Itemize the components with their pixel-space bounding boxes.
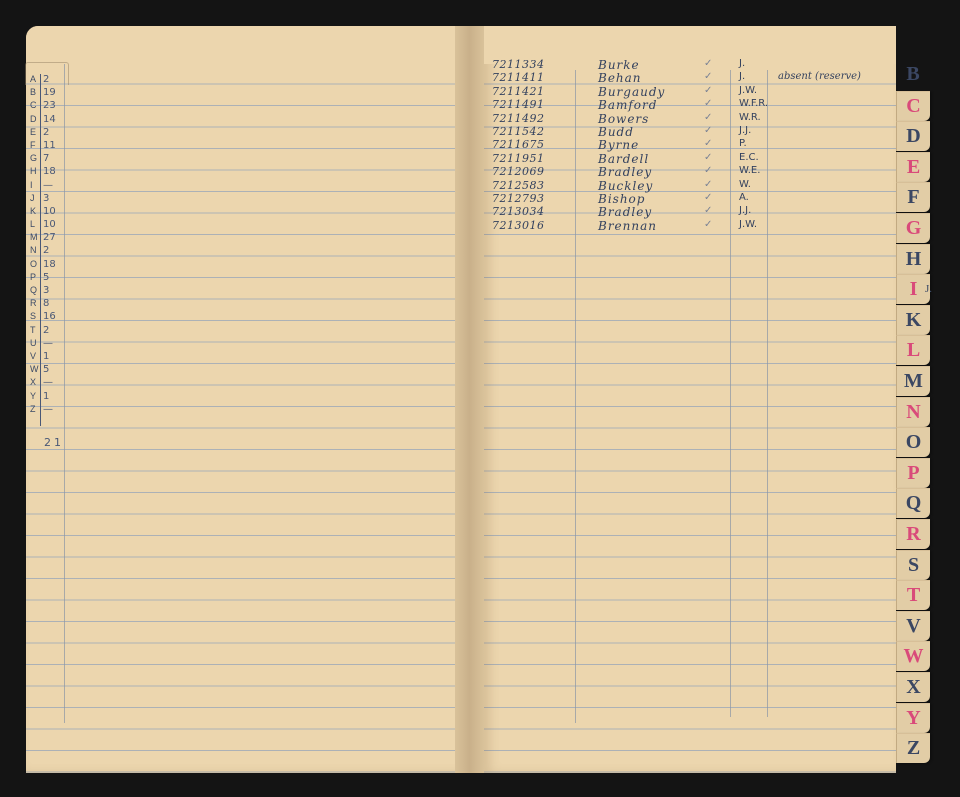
index-tab-letter: V xyxy=(906,612,920,640)
tally-count: — xyxy=(43,179,53,192)
index-tab-letter: Y xyxy=(906,704,920,732)
tally-row: V1 xyxy=(26,350,70,363)
service-number: 7211421 xyxy=(492,85,545,98)
roll-entry: 7212069Bradley✓W.E. xyxy=(484,165,896,178)
surname: Budd xyxy=(598,125,634,139)
tally-letter: T xyxy=(30,324,36,337)
roll-entry: 7211491Bamford✓W.F.R. xyxy=(484,98,896,111)
index-tab-letter: K xyxy=(906,306,922,334)
index-tab-o[interactable]: O xyxy=(896,427,930,457)
tally-letter: J xyxy=(30,192,35,205)
tally-letter: F xyxy=(30,139,36,152)
index-tab-letter: D xyxy=(906,122,920,150)
index-tab-letter: G xyxy=(906,214,922,242)
tally-count: 7 xyxy=(43,152,49,165)
surname: Bamford xyxy=(598,98,657,112)
check-mark-icon: ✓ xyxy=(704,85,712,96)
tally-count: 8 xyxy=(43,297,49,310)
tally-row: N2 xyxy=(26,244,70,257)
tally-letter: V xyxy=(30,350,36,363)
tally-count: 18 xyxy=(43,165,56,178)
tally-letter: R xyxy=(30,297,37,310)
initials: J.W. xyxy=(739,219,757,230)
initials: J.W. xyxy=(739,85,757,96)
index-tab-letter: W xyxy=(904,642,924,670)
index-tab-letter: H xyxy=(906,245,922,273)
check-mark-icon: ✓ xyxy=(704,138,712,149)
tally-row: A2 xyxy=(26,73,70,86)
tally-letter: W xyxy=(30,363,39,376)
index-tab-letter: N xyxy=(906,398,920,426)
index-tab-n[interactable]: N xyxy=(896,397,930,427)
surname: Byrne xyxy=(598,138,639,152)
tally-count: 18 xyxy=(43,258,56,271)
index-tab-d[interactable]: D xyxy=(896,121,930,151)
tally-letter: O xyxy=(30,258,37,271)
check-mark-icon: ✓ xyxy=(704,71,712,82)
index-tab-w[interactable]: W xyxy=(896,641,930,671)
surname: Burke xyxy=(598,58,640,72)
initials: W.F.R. xyxy=(739,98,768,109)
index-tab-letter: X xyxy=(906,673,920,701)
tally-row: G7 xyxy=(26,152,70,165)
tally-row: J3 xyxy=(26,192,70,205)
tally-count: 19 xyxy=(43,86,56,99)
index-tab-v[interactable]: V xyxy=(896,611,930,641)
service-number: 7213034 xyxy=(492,205,545,218)
index-tab-c[interactable]: C xyxy=(896,91,930,121)
service-number: 7212583 xyxy=(492,179,545,192)
service-number: 7211951 xyxy=(492,152,545,165)
service-number: 7211675 xyxy=(492,138,545,151)
tally-row: R8 xyxy=(26,297,70,310)
tally-row: E2 xyxy=(26,126,70,139)
service-number: 7211411 xyxy=(492,71,545,84)
tally-count: 11 xyxy=(43,139,56,152)
surname: Bowers xyxy=(598,112,649,126)
left-page: A2B19C23D14E2F11G7H18I—J3K10L10M27N2O18P… xyxy=(26,26,478,773)
tally-letter: N xyxy=(30,244,37,257)
tally-letter: D xyxy=(30,113,37,126)
service-number: 7212069 xyxy=(492,165,545,178)
tally-count: 14 xyxy=(43,113,56,126)
tally-count: 16 xyxy=(43,310,56,323)
tally-row: S16 xyxy=(26,310,70,323)
tally-count: — xyxy=(43,376,53,389)
tally-row: U— xyxy=(26,337,70,350)
right-page: 7211334Burke✓J.7211411Behan✓J.absent (re… xyxy=(484,26,896,773)
tally-total: 21 xyxy=(44,436,64,449)
check-mark-icon: ✓ xyxy=(704,112,712,123)
check-mark-icon: ✓ xyxy=(704,152,712,163)
tally-row: L10 xyxy=(26,218,70,231)
index-tab-m[interactable]: M xyxy=(896,366,930,396)
index-tab-letter: Q xyxy=(906,489,922,517)
check-mark-icon: ✓ xyxy=(704,125,712,136)
tally-row: H18 xyxy=(26,165,70,178)
surname: Bardell xyxy=(598,152,649,166)
tally-letter: A xyxy=(30,73,36,86)
roll-entry: 7211411Behan✓J.absent (reserve) xyxy=(484,71,896,84)
tally-letter: Q xyxy=(30,284,37,297)
check-mark-icon: ✓ xyxy=(704,219,712,230)
check-mark-icon: ✓ xyxy=(704,179,712,190)
tally-letter: C xyxy=(30,99,37,112)
tally-count: 2 xyxy=(43,73,49,86)
service-number: 7212793 xyxy=(492,192,545,205)
tally-row: P5 xyxy=(26,271,70,284)
tally-letter: H xyxy=(30,165,37,178)
service-number: 7211492 xyxy=(492,112,545,125)
tally-letter: S xyxy=(30,310,36,323)
check-mark-icon: ✓ xyxy=(704,205,712,216)
index-tab-letter: C xyxy=(906,92,920,120)
index-tab-letter: R xyxy=(906,520,920,548)
roll-entry: 7211334Burke✓J. xyxy=(484,58,896,71)
book-gutter xyxy=(455,26,484,773)
tally-row: D14 xyxy=(26,113,70,126)
tally-count: 23 xyxy=(43,99,56,112)
tally-count: 10 xyxy=(43,205,56,218)
tally-row: I— xyxy=(26,179,70,192)
initials: J.J. xyxy=(739,125,751,136)
index-tab-y[interactable]: Y xyxy=(896,703,930,733)
tally-letter: U xyxy=(30,337,37,350)
initials: A. xyxy=(739,192,749,203)
index-tab-l[interactable]: L xyxy=(896,335,930,365)
surname: Bishop xyxy=(598,192,645,206)
tally-letter: K xyxy=(30,205,36,218)
tally-letter: P xyxy=(30,271,36,284)
surname: Burgaudy xyxy=(598,85,665,99)
roll-entry: 7212583Buckley✓W. xyxy=(484,179,896,192)
index-tab-b[interactable]: B xyxy=(896,60,930,90)
tally-count: 3 xyxy=(43,192,49,205)
tally-row: F11 xyxy=(26,139,70,152)
index-tab-letter: E xyxy=(907,153,920,181)
tally-row: Z— xyxy=(26,403,70,416)
tally-letter: G xyxy=(30,152,37,165)
index-tab-q[interactable]: Q xyxy=(896,488,930,518)
tally-count: — xyxy=(43,403,53,416)
index-tab-letter: Z xyxy=(907,734,920,762)
tally-row: C23 xyxy=(26,99,70,112)
initials: J.J. xyxy=(739,205,751,216)
index-tab-k[interactable]: K xyxy=(896,305,930,335)
alphabet-index-tabs: BCDEFGHIJ.KLMNOPQRSTVWXYZ xyxy=(896,60,932,770)
index-tab-z[interactable]: Z xyxy=(896,733,930,763)
index-tab-letter: I xyxy=(910,275,918,303)
roll-entry: 7211542Budd✓J.J. xyxy=(484,125,896,138)
page-top-margin xyxy=(26,26,478,64)
remark: absent (reserve) xyxy=(778,71,861,82)
index-tab-p[interactable]: P xyxy=(896,458,930,488)
initials: W.E. xyxy=(739,165,760,176)
initials: J. xyxy=(739,71,745,82)
check-mark-icon: ✓ xyxy=(704,58,712,69)
index-tab-letter: S xyxy=(908,551,919,579)
index-tab-annotation: J. xyxy=(925,275,932,303)
service-number: 7211542 xyxy=(492,125,545,138)
tally-letter: X xyxy=(30,376,36,389)
surname: Bradley xyxy=(598,205,652,219)
surname: Buckley xyxy=(598,179,653,193)
tally-row: O18 xyxy=(26,258,70,271)
index-tab-h[interactable]: H xyxy=(896,244,930,274)
initials: J. xyxy=(739,58,745,69)
tally-row: K10 xyxy=(26,205,70,218)
tally-row: Q3 xyxy=(26,284,70,297)
tally-row: X— xyxy=(26,376,70,389)
tally-letter: Z xyxy=(30,403,36,416)
roll-entry: 7212793Bishop✓A. xyxy=(484,192,896,205)
tally-count: 27 xyxy=(43,231,56,244)
tally-letter: Y xyxy=(30,390,36,403)
index-tab-r[interactable]: R xyxy=(896,519,930,549)
index-tab-g[interactable]: G xyxy=(896,213,930,243)
tally-count: 10 xyxy=(43,218,56,231)
tally-count: 2 xyxy=(43,126,49,139)
tally-count: 1 xyxy=(43,350,49,363)
tally-count: 2 xyxy=(43,324,49,337)
tally-row: M27 xyxy=(26,231,70,244)
roll-entry: 7213034Bradley✓J.J. xyxy=(484,205,896,218)
tally-count: 1 xyxy=(43,390,49,403)
tally-letter: I xyxy=(30,179,33,192)
surname: Bradley xyxy=(598,165,652,179)
tally-count: 2 xyxy=(43,244,49,257)
index-tab-t[interactable]: T xyxy=(896,580,930,610)
index-tab-e[interactable]: E xyxy=(896,152,930,182)
index-tab-letter: B xyxy=(906,60,919,88)
roll-entry: 7211421Burgaudy✓J.W. xyxy=(484,85,896,98)
index-tab-letter: F xyxy=(907,183,919,211)
tally-row: B19 xyxy=(26,86,70,99)
initials: W. xyxy=(739,179,751,190)
index-tab-x[interactable]: X xyxy=(896,672,930,702)
index-tab-i[interactable]: IJ. xyxy=(896,274,930,304)
index-tab-f[interactable]: F xyxy=(896,182,930,212)
check-mark-icon: ✓ xyxy=(704,192,712,203)
index-tab-letter: O xyxy=(906,428,922,456)
initials: P. xyxy=(739,138,747,149)
tally-row: Y1 xyxy=(26,390,70,403)
index-tab-letter: M xyxy=(904,367,923,395)
surname: Brennan xyxy=(598,219,657,233)
initials: E.C. xyxy=(739,152,759,163)
check-mark-icon: ✓ xyxy=(704,165,712,176)
index-tab-letter: P xyxy=(907,459,919,487)
letter-tally: A2B19C23D14E2F11G7H18I—J3K10L10M27N2O18P… xyxy=(26,73,70,416)
index-tab-letter: L xyxy=(907,336,920,364)
tally-count: 5 xyxy=(43,271,49,284)
service-number: 7211334 xyxy=(492,58,545,71)
check-mark-icon: ✓ xyxy=(704,98,712,109)
service-number: 7211491 xyxy=(492,98,545,111)
roll-entry: 7211675Byrne✓P. xyxy=(484,138,896,151)
index-tab-s[interactable]: S xyxy=(896,550,930,580)
roll-entry: 7211951Bardell✓E.C. xyxy=(484,152,896,165)
roll-entry: 7211492Bowers✓W.R. xyxy=(484,112,896,125)
tally-letter: L xyxy=(30,218,35,231)
tally-row: T2 xyxy=(26,324,70,337)
tally-count: 5 xyxy=(43,363,49,376)
tally-letter: E xyxy=(30,126,36,139)
tally-count: 3 xyxy=(43,284,49,297)
service-number: 7213016 xyxy=(492,219,545,232)
initials: W.R. xyxy=(739,112,761,123)
tally-letter: B xyxy=(30,86,36,99)
tally-count: — xyxy=(43,337,53,350)
index-tab-letter: T xyxy=(907,581,920,609)
tally-letter: M xyxy=(30,231,38,244)
roll-entry: 7213016Brennan✓J.W. xyxy=(484,219,896,232)
tally-row: W5 xyxy=(26,363,70,376)
surname: Behan xyxy=(598,71,642,85)
